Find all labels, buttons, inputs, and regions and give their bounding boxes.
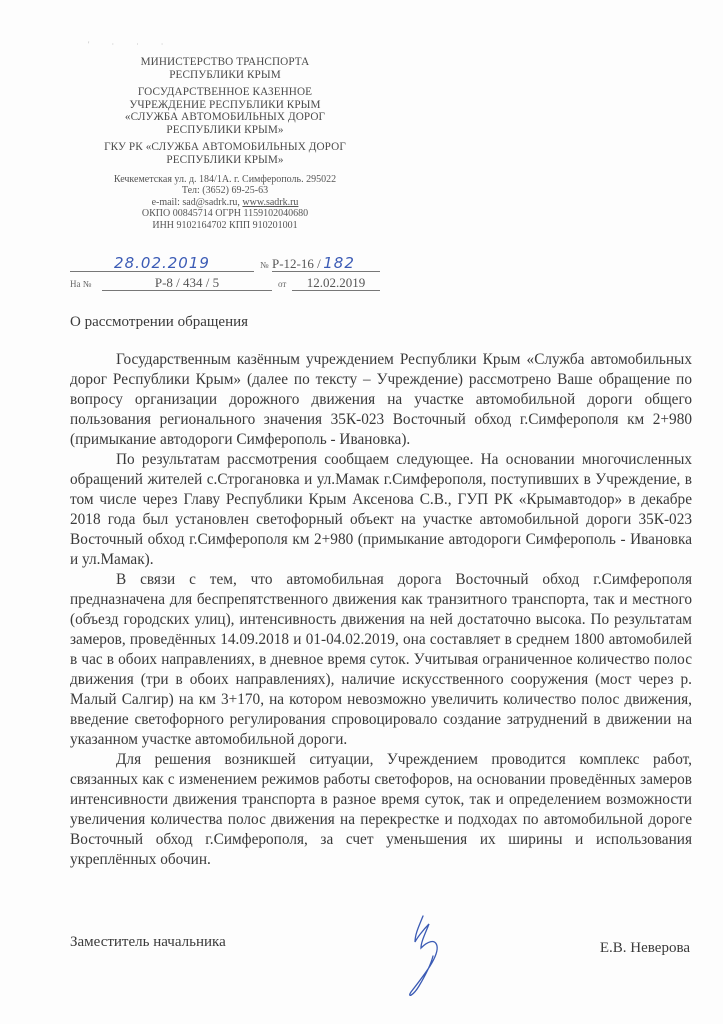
scan-artifact: ' · · · xyxy=(88,40,173,49)
body-paragraph: Для решения возникшей ситуации, Учрежден… xyxy=(70,750,692,870)
outgoing-number-typed: Р-12-16 / xyxy=(272,256,321,271)
reply-to-date-field: 12.02.2019 xyxy=(292,275,380,291)
institution-line: «СЛУЖБА АВТОМОБИЛЬНЫХ ДОРОГ xyxy=(70,111,380,124)
reply-to-label: На № xyxy=(70,279,91,289)
contacts: Кечкеметская ул. д. 184/1А. г. Симферопо… xyxy=(70,174,380,231)
institution-line: УЧРЕЖДЕНИЕ РЕСПУБЛИКИ КРЫМ xyxy=(70,99,380,112)
outgoing-number-handwritten: 182 xyxy=(323,254,355,272)
reply-to-registration: На № Р-8 / 434 / 5 от 12.02.2019 xyxy=(70,275,380,291)
reply-to-number: Р-8 / 434 / 5 xyxy=(155,275,219,290)
letter-page: ' · · · МИНИСТЕРСТВО ТРАНСПОРТА РЕСПУБЛИ… xyxy=(0,0,723,1024)
email-web: e-mail: sad@sadrk.ru, www.sadrk.ru xyxy=(70,197,380,208)
from-label: от xyxy=(278,279,286,289)
reply-to-date: 12.02.2019 xyxy=(307,275,366,290)
body-paragraph: По результатам рассмотрения сообщаем сле… xyxy=(70,450,692,570)
signatory-position: Заместитель начальника xyxy=(70,934,226,951)
body-paragraph: В связи с тем, что автомобильная дорога … xyxy=(70,570,692,750)
signature-block: Заместитель начальника Е.В. Неверова xyxy=(70,934,690,958)
website-link[interactable]: www.sadrk.ru xyxy=(242,197,298,208)
okpo-ogrn: ОКПО 00845714 ОГРН 1159102040680 xyxy=(70,208,380,219)
ministry-name: МИНИСТЕРСТВО ТРАНСПОРТА РЕСПУБЛИКИ КРЫМ xyxy=(70,56,380,81)
letterhead: МИНИСТЕРСТВО ТРАНСПОРТА РЕСПУБЛИКИ КРЫМ … xyxy=(70,56,380,231)
signatory-name: Е.В. Неверова xyxy=(600,940,690,957)
inn-kpp: ИНН 9102164702 КПП 910201001 xyxy=(70,220,380,231)
email: e-mail: sad@sadrk.ru, xyxy=(152,197,243,208)
address: Кечкеметская ул. д. 184/1А. г. Симферопо… xyxy=(70,174,380,185)
ministry-line: РЕСПУБЛИКИ КРЫМ xyxy=(70,69,380,82)
institution-line: ГОСУДАРСТВЕННОЕ КАЗЕННОЕ xyxy=(70,86,380,99)
ministry-line: МИНИСТЕРСТВО ТРАНСПОРТА xyxy=(70,56,380,69)
number-label: № xyxy=(260,260,269,270)
phone: Тел: (3652) 69-25-63 xyxy=(70,185,380,196)
outgoing-date-handwritten: 28.02.2019 xyxy=(114,254,210,272)
body-paragraph: Государственным казённым учреждением Рес… xyxy=(70,350,692,450)
outgoing-registration: 28.02.2019 № Р-12-16 / 182 xyxy=(70,256,380,272)
letter-body: Государственным казённым учреждением Рес… xyxy=(70,350,692,870)
reply-to-number-field: Р-8 / 434 / 5 xyxy=(102,275,272,291)
institution-line: РЕСПУБЛИКИ КРЫМ» xyxy=(70,124,380,137)
letter-subject: О рассмотрении обращения xyxy=(70,314,248,331)
handwritten-signature-icon xyxy=(395,912,455,1002)
short-name-line: ГКУ РК «СЛУЖБА АВТОМОБИЛЬНЫХ ДОРОГ xyxy=(70,141,380,154)
short-name-line: РЕСПУБЛИКИ КРЫМ» xyxy=(70,154,380,167)
outgoing-date-field: 28.02.2019 xyxy=(70,256,254,272)
institution-short-name: ГКУ РК «СЛУЖБА АВТОМОБИЛЬНЫХ ДОРОГ РЕСПУ… xyxy=(70,141,380,166)
institution-name: ГОСУДАРСТВЕННОЕ КАЗЕННОЕ УЧРЕЖДЕНИЕ РЕСП… xyxy=(70,86,380,136)
outgoing-number-field: Р-12-16 / 182 xyxy=(272,256,380,272)
